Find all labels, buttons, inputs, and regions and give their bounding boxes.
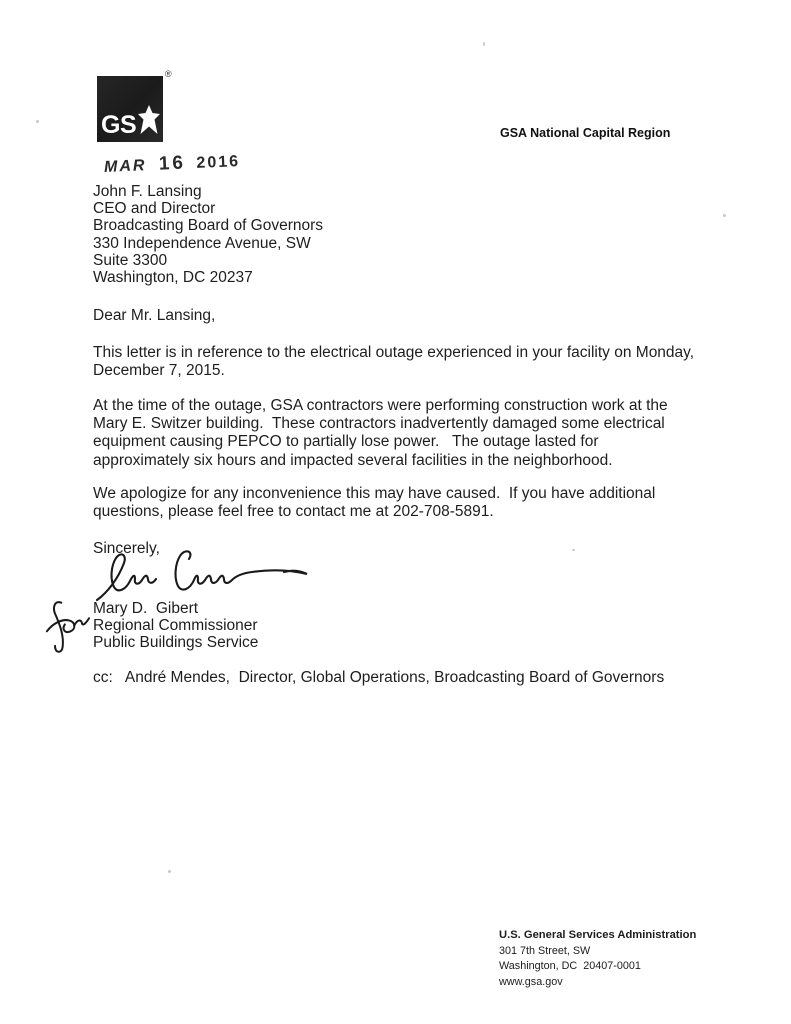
footer-address-line1: 301 7th Street, SW bbox=[499, 944, 696, 960]
body-paragraph-2: At the time of the outage, GSA contracto… bbox=[93, 397, 668, 470]
footer-block: U.S. General Services Administration 301… bbox=[499, 928, 696, 990]
recipient-address-block: John F. LansingCEO and DirectorBroadcast… bbox=[93, 183, 323, 286]
text-line: Mary E. Switzer building. These contract… bbox=[93, 415, 668, 433]
text-line: At the time of the outage, GSA contracto… bbox=[93, 397, 668, 415]
text-line: equipment causing PEPCO to partially los… bbox=[93, 433, 668, 451]
signer-title: Regional Commissioner bbox=[93, 617, 258, 634]
body-paragraph-1: This letter is in reference to the elect… bbox=[93, 344, 694, 380]
signature-ink-icon bbox=[95, 548, 310, 602]
letter-page: GS ® GSA National Capital Region MAR 16 … bbox=[0, 0, 791, 1024]
cc-line: cc: André Mendes, Director, Global Opera… bbox=[93, 669, 664, 687]
scan-speck bbox=[723, 214, 726, 217]
handwritten-signature bbox=[95, 548, 310, 607]
signer-org: Public Buildings Service bbox=[93, 634, 258, 651]
date-stamp-day: 16 bbox=[158, 152, 186, 174]
for-ink-icon bbox=[36, 596, 98, 654]
handwritten-for-annotation bbox=[36, 596, 98, 659]
signer-name: Mary D. Gibert bbox=[93, 600, 258, 617]
text-line: approximately six hours and impacted sev… bbox=[93, 452, 668, 470]
svg-text:GS: GS bbox=[101, 111, 136, 139]
date-stamp-year: 2016 bbox=[196, 153, 240, 172]
text-line: Washington, DC 20237 bbox=[93, 269, 323, 286]
scan-speck bbox=[483, 42, 485, 46]
gsa-logo-icon: GS bbox=[97, 76, 163, 142]
text-line: This letter is in reference to the elect… bbox=[93, 344, 694, 362]
region-label: GSA National Capital Region bbox=[500, 126, 670, 140]
scan-speck bbox=[36, 120, 39, 123]
footer-agency: U.S. General Services Administration bbox=[499, 928, 696, 944]
text-line: John F. Lansing bbox=[93, 183, 323, 200]
text-line: Suite 3300 bbox=[93, 252, 323, 269]
scan-speck bbox=[572, 549, 575, 551]
text-line: 330 Independence Avenue, SW bbox=[93, 235, 323, 252]
scan-speck bbox=[168, 870, 171, 873]
gsa-logo: GS bbox=[97, 76, 163, 147]
footer-address-line2: Washington, DC 20407-0001 bbox=[499, 959, 696, 975]
signer-block: Mary D. Gibert Regional Commissioner Pub… bbox=[93, 600, 258, 652]
text-line: Broadcasting Board of Governors bbox=[93, 217, 323, 234]
footer-website: www.gsa.gov bbox=[499, 975, 696, 991]
body-paragraph-3: We apologize for any inconvenience this … bbox=[93, 485, 655, 521]
text-line: CEO and Director bbox=[93, 200, 323, 217]
salutation: Dear Mr. Lansing, bbox=[93, 307, 215, 325]
registered-trademark-symbol: ® bbox=[165, 69, 172, 79]
text-line: questions, please feel free to contact m… bbox=[93, 503, 655, 521]
text-line: December 7, 2015. bbox=[93, 362, 694, 380]
date-stamp-month: MAR bbox=[104, 157, 147, 176]
date-stamp: MAR 16 2016 bbox=[104, 150, 241, 178]
text-line: We apologize for any inconvenience this … bbox=[93, 485, 655, 503]
